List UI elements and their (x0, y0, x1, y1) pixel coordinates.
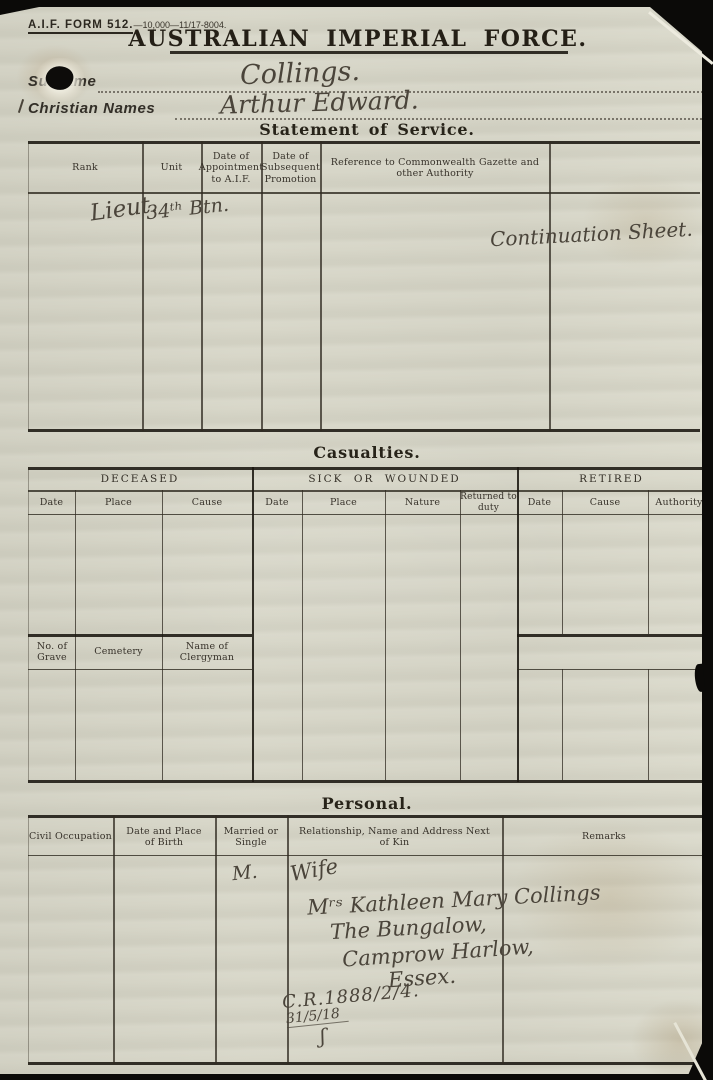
retired-col-authority: Authority (648, 492, 710, 513)
christian-names-label: Christian Names (28, 100, 155, 117)
personal-col-next-of-kin: Relationship, Name and Address Next of K… (297, 822, 492, 852)
scan-edge-bottom (0, 1074, 713, 1080)
grave-col-cemetery: Cemetery (75, 638, 162, 666)
service-col-date-appointment: Date of Appointment to A.I.F. (203, 144, 259, 192)
retired-col-cause: Cause (562, 492, 648, 513)
service-heading: Statement of Service. (28, 120, 706, 139)
service-col-date-promotion: Date of Subsequent Promotion (263, 146, 318, 190)
sick-col-returned: Returned to duty (460, 490, 517, 515)
scan-edge-top (0, 0, 713, 7)
surname-value: Collings. (239, 56, 360, 91)
personal-col-married: Married or Single (222, 822, 280, 852)
grave-col-clergyman: Name of Clergyman (164, 638, 250, 666)
sick-col-nature: Nature (385, 492, 460, 513)
sick-col-place: Place (302, 492, 385, 513)
casualties-heading: Casualties. (28, 443, 706, 462)
scanned-document-page: A.I.F. FORM 512.—10,000—11/17-8004. AUST… (0, 0, 713, 1080)
deceased-col-date: Date (28, 492, 75, 513)
christian-names-value: Arthur Edward. (220, 85, 419, 119)
service-col-reference: Reference to Commonwealth Gazette and ot… (330, 146, 540, 190)
sick-or-wounded-title: SICK OR WOUNDED (252, 469, 517, 489)
page-title: AUSTRALIAN IMPERIAL FORCE. (28, 26, 688, 52)
deceased-col-cause: Cause (162, 492, 252, 513)
personal-col-remarks: Remarks (502, 822, 706, 852)
service-col-unit: Unit (142, 146, 201, 190)
service-col-rank: Rank (28, 146, 142, 190)
personal-col-occupation: Civil Occupation (28, 822, 113, 852)
retired-col-date: Date (517, 492, 562, 513)
deceased-col-place: Place (75, 492, 162, 513)
sick-col-date: Date (252, 492, 302, 513)
retired-title: RETIRED (517, 469, 706, 489)
married-or-single-value: M. (231, 861, 259, 886)
grave-col-number: No. of Grave (30, 638, 74, 666)
personal-col-birth: Date and Place of Birth (120, 822, 208, 852)
personal-heading: Personal. (28, 794, 706, 813)
scan-edge-right (702, 0, 713, 1080)
deceased-title: DECEASED (28, 469, 252, 489)
